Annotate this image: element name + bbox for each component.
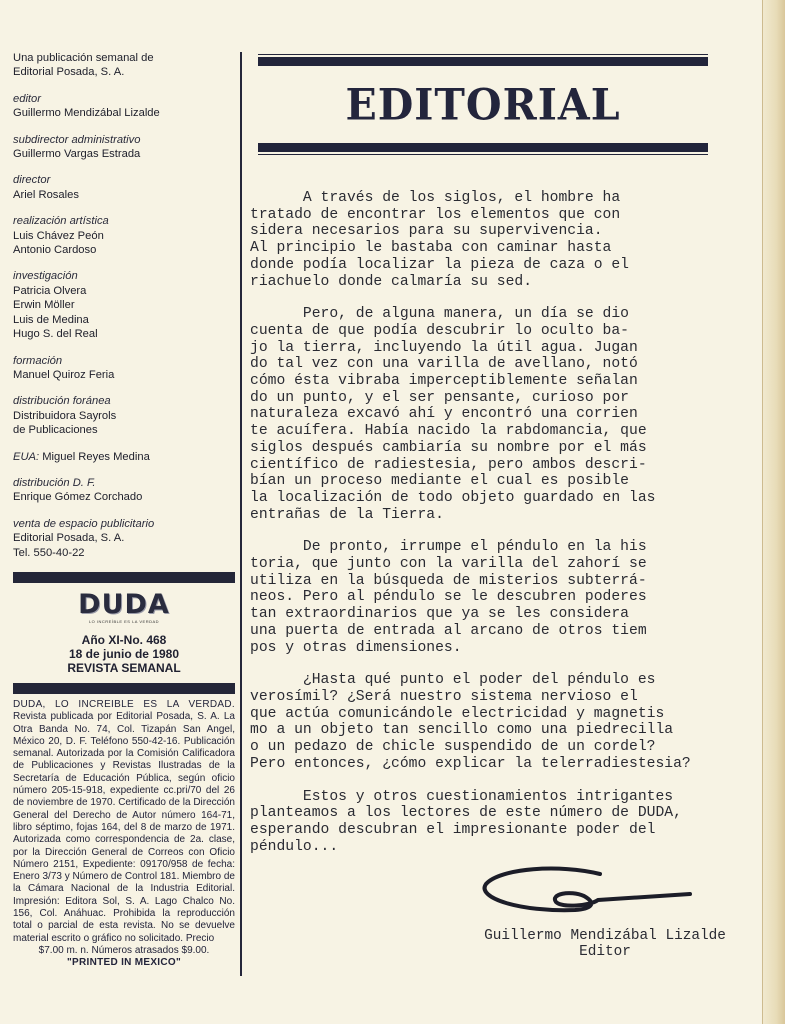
page-edge <box>762 0 785 1024</box>
rule-thin <box>258 154 708 155</box>
credit-name: Erwin Möller <box>13 298 235 312</box>
credit-name: Enrique Gómez Corchado <box>13 490 235 504</box>
credit-block: venta de espacio publicitarioEditorial P… <box>13 517 235 560</box>
credit-name: Ariel Rosales <box>13 188 235 202</box>
credit-name: Editorial Posada, S. A. <box>13 531 235 545</box>
credit-block: subdirector administrativoGuillermo Varg… <box>13 133 235 162</box>
signer-name: Guillermo Mendizábal Lizalde <box>440 928 770 944</box>
credit-name: Luis Chávez Peón <box>13 229 235 243</box>
printed-in-mexico: "PRINTED IN MEXICO" <box>13 957 235 969</box>
credit-role: EUA: <box>13 451 39 463</box>
legal-price: $7.00 m. n. Números atrasados $9.00. <box>13 945 235 957</box>
credit-role: venta de espacio publicitario <box>13 517 235 531</box>
signer-title: Editor <box>440 944 770 960</box>
credits-list: editorGuillermo Mendizábal Lizaldesubdir… <box>13 92 235 560</box>
editorial-header: EDITORIAL <box>258 54 708 155</box>
publication-type: REVISTA SEMANAL <box>13 661 235 675</box>
credit-block: formaciónManuel Quiroz Feria <box>13 354 235 383</box>
divider-bar <box>13 572 235 583</box>
credit-block: editorGuillermo Mendizábal Lizalde <box>13 92 235 121</box>
credit-block: EUA: Miguel Reyes Medina <box>13 450 235 464</box>
legal-body: Revista publicada por Editorial Posada, … <box>13 711 235 943</box>
credit-name: Guillermo Vargas Estrada <box>13 147 235 161</box>
paragraph-1: A través de los siglos, el hombre ha tra… <box>250 190 730 290</box>
rule-thick <box>258 57 708 66</box>
credit-block: investigaciónPatricia OlveraErwin Möller… <box>13 269 235 341</box>
credit-role: investigación <box>13 269 235 283</box>
credit-name: de Publicaciones <box>13 423 235 437</box>
paragraph-2: Pero, de alguna manera, un día se dio cu… <box>250 306 730 523</box>
legal-notice: DUDA, LO INCREIBLE ES LA VERDAD. Revista… <box>13 699 235 970</box>
credit-block: directorAriel Rosales <box>13 173 235 202</box>
staff-box: Una publicación semanal de Editorial Pos… <box>13 51 235 970</box>
credit-role: realización artística <box>13 214 235 228</box>
credit-block: realización artísticaLuis Chávez PeónAnt… <box>13 214 235 257</box>
legal-head: DUDA, LO INCREIBLE ES LA VERDAD. <box>13 699 235 710</box>
credit-block: distribución D. F.Enrique Gómez Corchado <box>13 476 235 505</box>
credit-role: director <box>13 173 235 187</box>
credit-name: Tel. 550-40-22 <box>13 546 235 560</box>
credit-role: distribución D. F. <box>13 476 235 490</box>
issue-date: 18 de junio de 1980 <box>13 647 235 661</box>
credit-name: Miguel Reyes Medina <box>42 451 150 463</box>
credit-role: editor <box>13 92 235 106</box>
credit-name: Manuel Quiroz Feria <box>13 368 235 382</box>
editorial-body: A través de los siglos, el hombre ha tra… <box>250 190 730 871</box>
credit-role: formación <box>13 354 235 368</box>
column-divider <box>240 52 242 976</box>
credit-role: distribución foránea <box>13 394 235 408</box>
paragraph-3: De pronto, irrumpe el péndulo en la his … <box>250 539 730 656</box>
issue-number: Año XI-No. 468 <box>13 633 235 647</box>
signature-icon <box>480 866 695 921</box>
rule-thin <box>258 54 708 55</box>
paragraph-5: Estos y otros cuestionamientos intrigant… <box>250 789 730 856</box>
editorial-title: EDITORIAL <box>258 80 708 130</box>
duda-logo: DUDA <box>13 591 235 619</box>
credit-name: Guillermo Mendizábal Lizalde <box>13 106 235 120</box>
paragraph-4: ¿Hasta qué punto el poder del péndulo es… <box>250 672 730 772</box>
credit-name: Patricia Olvera <box>13 284 235 298</box>
masthead: DUDA Lo increíble es la verdad Año XI-No… <box>13 591 235 675</box>
credit-block: distribución foráneaDistribuidora Sayrol… <box>13 394 235 437</box>
credit-name: Distribuidora Sayrols <box>13 409 235 423</box>
credit-name: Antonio Cardoso <box>13 243 235 257</box>
rule-thick <box>258 143 708 152</box>
credit-name: Luis de Medina <box>13 313 235 327</box>
logo-tagline: Lo increíble es la verdad <box>13 619 235 625</box>
publisher-line: Una publicación semanal de Editorial Pos… <box>13 51 235 80</box>
signer: Guillermo Mendizábal Lizalde Editor <box>440 928 770 960</box>
credit-name: Hugo S. del Real <box>13 327 235 341</box>
credit-role: subdirector administrativo <box>13 133 235 147</box>
divider-bar <box>13 683 235 694</box>
